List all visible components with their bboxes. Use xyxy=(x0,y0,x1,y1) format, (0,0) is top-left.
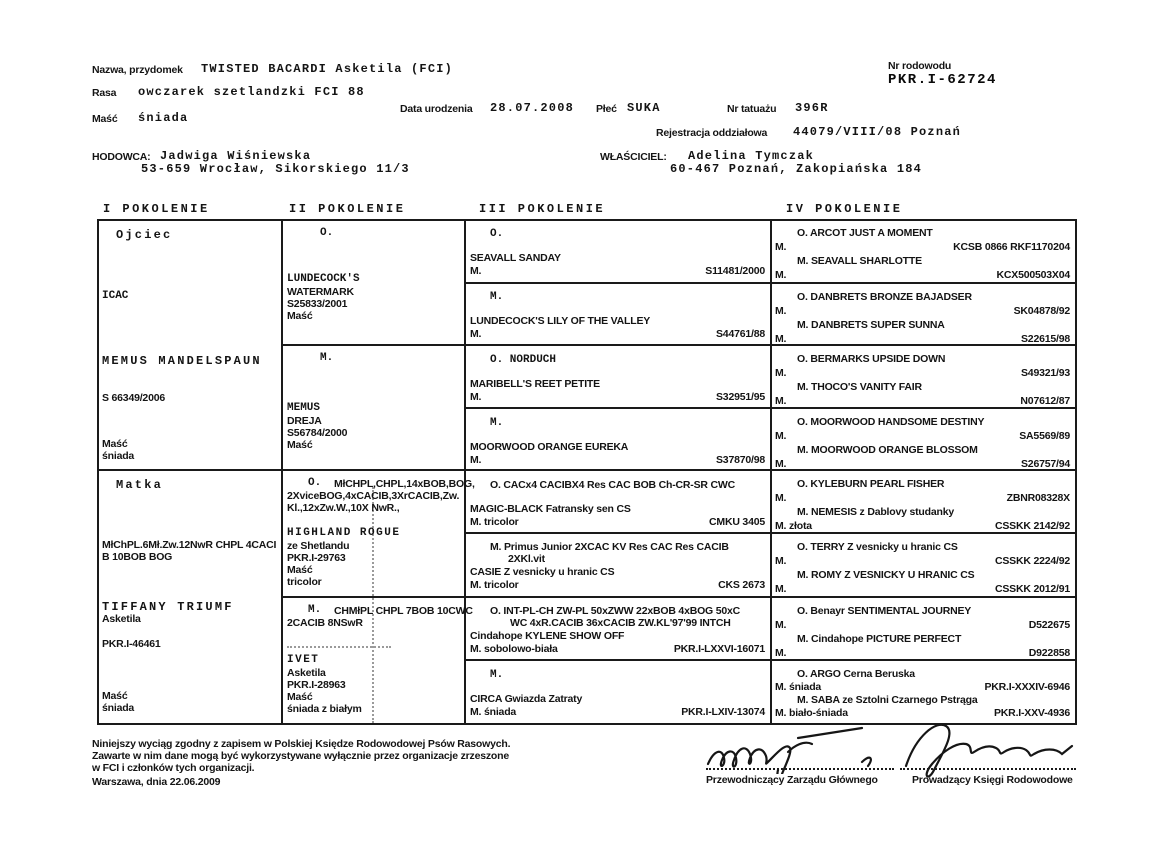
table-border-left xyxy=(97,219,99,725)
gen4-block0-sire-reg: KCSB 0866 RKF1170204 xyxy=(855,241,1070,253)
gen1-father-reg: S 66349/2006 xyxy=(102,392,165,404)
gen3-cell7-name: CIRCA Gwiazda Zatraty xyxy=(470,693,582,705)
gen3-cell0-header: O. xyxy=(490,228,503,240)
gen2-cell3-color: śniada z białym xyxy=(287,703,362,715)
gen4-block7-sire-color: M. śniada xyxy=(775,681,821,693)
gen3-cell4-reg: CMKU 3405 xyxy=(560,516,765,528)
gen4-block7-dam: M. SABA ze Sztolni Czarnego Pstrąga xyxy=(797,694,977,706)
gen4-block5-dam: M. ROMY Z VESNICKY U HRANIC CS xyxy=(797,569,974,581)
gen3-cell5-name: CASIE Z vesnicky u hranic CS xyxy=(470,566,614,578)
table-divider-row1 xyxy=(464,282,1077,284)
gen1-mother-name-1: TIFFANY TRIUMF xyxy=(102,600,234,614)
gen3-cell6-name: Cindahope KYLENE SHOW OFF xyxy=(470,630,624,642)
gen3-cell3-header: M. xyxy=(490,417,503,429)
dog-name-value: TWISTED BACARDI Asketila (FCI) xyxy=(201,62,453,76)
gen4-block6-sire-reg: D522675 xyxy=(855,619,1070,631)
gen4-block6-sire: O. Benayr SENTIMENTAL JOURNEY xyxy=(797,605,971,617)
gen1-mother-name-2: Asketila xyxy=(102,613,141,625)
gen4-block7-dam-color: M. biało-śniada xyxy=(775,707,848,719)
gen2-cell2-titles-3: Kl.,12xZw.W.,10X NwR., xyxy=(287,502,400,514)
gen3-cell5-header2: 2XKl.vit xyxy=(508,553,545,565)
gen4-header: IV POKOLENIE xyxy=(786,202,902,216)
registration-value: 44079/VIII/08 Poznań xyxy=(793,125,961,139)
gen4-block2-sire: O. BERMARKS UPSIDE DOWN xyxy=(797,353,945,365)
breed-value: owczarek szetlandzki FCI 88 xyxy=(138,85,365,99)
gen4-block2-sire-color: M. xyxy=(775,367,786,379)
gen4-block2-dam: M. THOCO'S VANITY FAIR xyxy=(797,381,922,393)
scan-artifact xyxy=(287,646,391,648)
gen4-block4-dam-color: M. złota xyxy=(775,520,812,532)
gen3-cell0-color: M. xyxy=(470,265,481,277)
gen4-block5-sire-color: M. xyxy=(775,555,786,567)
pedigree-no-label: Nr rodowodu xyxy=(888,60,951,72)
gen4-block6-sire-color: M. xyxy=(775,619,786,631)
gen3-cell1-name: LUNDECOCK'S LILY OF THE VALLEY xyxy=(470,315,650,327)
gen2-cell1-name-2: DREJA xyxy=(287,415,322,427)
gen4-block0-sire: O. ARCOT JUST A MOMENT xyxy=(797,227,933,239)
gen3-cell5-reg: CKS 2673 xyxy=(560,579,765,591)
gen3-cell4-header: O. CACx4 CACIBX4 Res CAC BOB Ch-CR-SR CW… xyxy=(490,479,735,491)
sex-value: SUKA xyxy=(627,101,661,115)
gen3-cell6-header: O. INT-PL-CH ZW-PL 50xZWW 22xBOB 4xBOG 5… xyxy=(490,605,740,617)
gen4-block3-dam: M. MOORWOOD ORANGE BLOSSOM xyxy=(797,444,978,456)
color-label: Maść xyxy=(92,113,117,125)
gen3-cell1-reg: S44761/88 xyxy=(560,328,765,340)
gen2-cell3-color-label: Maść xyxy=(287,691,312,703)
gen3-cell2-header: O. NORDUCH xyxy=(490,354,556,366)
gen2-cell0-sex: O. xyxy=(320,227,333,239)
gen1-mother-titles-2: B 10BOB BOG xyxy=(102,551,172,563)
gen4-block4-dam-reg: CSSKK 2142/92 xyxy=(855,520,1070,532)
breed-label: Rasa xyxy=(92,87,116,99)
breeder-address: 53-659 Wrocław, Sikorskiego 11/3 xyxy=(141,162,410,176)
color-value: śniada xyxy=(138,111,188,125)
gen2-cell2-color: tricolor xyxy=(287,576,322,588)
gen4-block1-sire-color: M. xyxy=(775,305,786,317)
gen2-cell3-titles-1: CHMłPL CHPL 7BOB 10CWC xyxy=(334,605,473,617)
gen4-block0-dam: M. SEAVALL SHARLOTTE xyxy=(797,255,922,267)
gen2-cell0-color-label: Maść xyxy=(287,310,312,322)
footer-line-2: Zawarte w nim dane mogą być wykorzystywa… xyxy=(92,750,509,762)
signature-registrar-caption: Prowadzący Księgi Rodowodowe xyxy=(912,774,1073,786)
gen3-cell0-name: SEAVALL SANDAY xyxy=(470,252,561,264)
gen2-cell3-sex: M. xyxy=(308,604,321,616)
gen2-cell1-name-1: MEMUS xyxy=(287,402,320,414)
gen1-father-name: MEMUS MANDELSPAUN xyxy=(102,354,262,368)
gen4-block3-dam-color: M. xyxy=(775,458,786,470)
tattoo-label: Nr tatuażu xyxy=(727,103,776,115)
owner-label: WŁAŚCICIEL: xyxy=(600,151,667,163)
table-border-right xyxy=(1075,219,1077,725)
gen2-cell2-reg: PKR.I-29763 xyxy=(287,552,346,564)
gen2-header: II POKOLENIE xyxy=(289,202,405,216)
gen1-mother-titles-1: MłChPL.6Mł.Zw.12NwR CHPL 4CACI xyxy=(102,539,276,551)
gen4-block5-sire: O. TERRY Z vesnicky u hranic CS xyxy=(797,541,958,553)
gen2-cell2-name-1: HIGHLAND ROGUE xyxy=(287,527,400,539)
gen3-cell4-color: M. tricolor xyxy=(470,516,519,528)
gen1-father-role: Ojciec xyxy=(116,228,172,242)
gen4-block4-sire-color: M. xyxy=(775,492,786,504)
gen2-cell1-sex: M. xyxy=(320,352,333,364)
gen2-cell2-color-label: Maść xyxy=(287,564,312,576)
gen4-block7-sire-reg: PKR.I-XXXIV-6946 xyxy=(855,681,1070,693)
gen4-block4-sire: O. KYLEBURN PEARL FISHER xyxy=(797,478,944,490)
gen4-block1-dam: M. DANBRETS SUPER SUNNA xyxy=(797,319,945,331)
gen4-block2-dam-reg: N07612/87 xyxy=(855,395,1070,407)
table-divider-col1 xyxy=(281,219,283,725)
gen3-cell6-header2: WC 4xR.CACIB 36xCACIB ZW.KL'97'99 INTCH xyxy=(510,617,731,629)
table-divider-col2 xyxy=(464,219,466,725)
owner-name: Adelina Tymczak xyxy=(688,149,814,163)
gen4-block3-sire-reg: SA5569/89 xyxy=(855,430,1070,442)
gen3-cell4-name: MAGIC-BLACK Fatransky sen CS xyxy=(470,503,631,515)
gen4-block3-dam-reg: S26757/94 xyxy=(855,458,1070,470)
gen2-cell0-name-1: LUNDECOCK'S xyxy=(287,273,360,285)
gen4-block1-sire-reg: SK04878/92 xyxy=(855,305,1070,317)
gen3-cell2-name: MARIBELL'S REET PETITE xyxy=(470,378,600,390)
gen4-block5-dam-reg: CSSKK 2012/91 xyxy=(855,583,1070,595)
gen4-block7-sire: O. ARGO Cerna Beruska xyxy=(797,668,915,680)
gen3-cell3-name: MOORWOOD ORANGE EUREKA xyxy=(470,441,628,453)
gen2-cell3-name-1: IVET xyxy=(287,654,319,666)
gen2-cell3-titles-2: 2CACIB 8NSwR xyxy=(287,617,363,629)
footer-date-line: Warszawa, dnia 22.06.2009 xyxy=(92,776,220,788)
gen4-block3-sire-color: M. xyxy=(775,430,786,442)
gen2-cell0-reg: S25833/2001 xyxy=(287,298,347,310)
gen3-cell7-header: M. xyxy=(490,669,503,681)
gen3-cell6-reg: PKR.I-LXXVI-16071 xyxy=(560,643,765,655)
gen4-block4-sire-reg: ZBNR08328X xyxy=(855,492,1070,504)
pedigree-no-value: PKR.I-62724 xyxy=(888,72,997,88)
gen4-block1-sire: O. DANBRETS BRONZE BAJADSER xyxy=(797,291,972,303)
gen2-cell2-name-2: ze Shetlandu xyxy=(287,540,349,552)
signature-registrar-line xyxy=(900,768,1076,770)
breeder-name: Jadwiga Wiśniewska xyxy=(160,149,311,163)
gen3-cell6-color: M. sobolowo-biała xyxy=(470,643,558,655)
gen4-block1-dam-color: M. xyxy=(775,333,786,345)
gen1-mother-color: śniada xyxy=(102,702,134,714)
gen2-cell2-titles-2: 2XviceBOG,4xCACIB,3XrCACIB,Zw. xyxy=(287,490,459,502)
gen3-cell3-reg: S37870/98 xyxy=(560,454,765,466)
table-divider-row3 xyxy=(464,407,1077,409)
table-divider-row7 xyxy=(464,659,1077,661)
gen2-cell2-sex: O. xyxy=(308,477,321,489)
gen4-block6-dam-reg: D922858 xyxy=(855,647,1070,659)
gen4-block6-dam-color: M. xyxy=(775,647,786,659)
footer-line-1: Niniejszy wyciąg zgodny z zapisem w Pols… xyxy=(92,738,510,750)
gen3-cell5-header: M. Primus Junior 2XCAC KV Res CAC Res CA… xyxy=(490,541,729,553)
gen3-cell2-color: M. xyxy=(470,391,481,403)
gen2-cell1-color-label: Maść xyxy=(287,439,312,451)
pedigree-certificate-page: Nazwa, przydomek TWISTED BACARDI Asketil… xyxy=(0,0,1169,851)
gen4-block5-sire-reg: CSSKK 2224/92 xyxy=(855,555,1070,567)
gen1-mother-role: Matka xyxy=(116,478,163,492)
gen4-block2-dam-color: M. xyxy=(775,395,786,407)
gen3-cell2-reg: S32951/95 xyxy=(560,391,765,403)
table-border-top xyxy=(97,219,1077,221)
name-label: Nazwa, przydomek xyxy=(92,64,183,76)
gen4-block3-sire: O. MOORWOOD HANDSOME DESTINY xyxy=(797,416,984,428)
table-divider-col3 xyxy=(770,219,772,725)
gen1-header: I POKOLENIE xyxy=(103,202,210,216)
gen3-cell5-color: M. tricolor xyxy=(470,579,519,591)
footer-line-3: w FCI i członków tych organizacji. xyxy=(92,762,254,774)
gen1-father-title: ICAC xyxy=(102,290,128,302)
table-divider-row5 xyxy=(464,532,1077,534)
gen3-cell7-reg: PKR.I-LXIV-13074 xyxy=(560,706,765,718)
gen2-cell0-name-2: WATERMARK xyxy=(287,286,354,298)
birth-label: Data urodzenia xyxy=(400,103,472,115)
birth-value: 28.07.2008 xyxy=(490,101,574,115)
gen2-cell2-titles-1: MłCHPL,CHPL,14xBOB,BOG, xyxy=(334,478,475,490)
sex-label: Płeć xyxy=(596,103,617,115)
tattoo-value: 396R xyxy=(795,101,829,115)
gen4-block6-dam: M. Cindahope PICTURE PERFECT xyxy=(797,633,961,645)
gen4-block0-dam-reg: KCX500503X04 xyxy=(855,269,1070,281)
gen2-cell1-reg: S56784/2000 xyxy=(287,427,347,439)
gen1-father-color-label: Maść xyxy=(102,438,127,450)
gen2-cell3-name-2: Asketila xyxy=(287,667,326,679)
gen4-block0-dam-color: M. xyxy=(775,269,786,281)
owner-address: 60-467 Poznań, Zakopiańska 184 xyxy=(670,162,922,176)
gen4-block4-dam: M. NEMESIS z Dablovy studanky xyxy=(797,506,954,518)
gen3-cell1-color: M. xyxy=(470,328,481,340)
gen4-block2-sire-reg: S49321/93 xyxy=(855,367,1070,379)
gen1-mother-color-label: Maść xyxy=(102,690,127,702)
gen2-cell3-reg: PKR.I-28963 xyxy=(287,679,346,691)
gen1-father-color: śniada xyxy=(102,450,134,462)
gen3-cell1-header: M. xyxy=(490,291,503,303)
gen4-block0-sire-color: M. xyxy=(775,241,786,253)
gen4-block5-dam-color: M. xyxy=(775,583,786,595)
gen1-mother-reg: PKR.I-46461 xyxy=(102,638,161,650)
gen3-cell3-color: M. xyxy=(470,454,481,466)
gen3-cell7-color: M. śniada xyxy=(470,706,516,718)
registration-label: Rejestracja oddziałowa xyxy=(656,127,767,139)
gen4-block1-dam-reg: S22615/98 xyxy=(855,333,1070,345)
gen3-cell0-reg: S11481/2000 xyxy=(560,265,765,277)
gen3-header: III POKOLENIE xyxy=(479,202,605,216)
table-divider-row6 xyxy=(281,596,1077,598)
